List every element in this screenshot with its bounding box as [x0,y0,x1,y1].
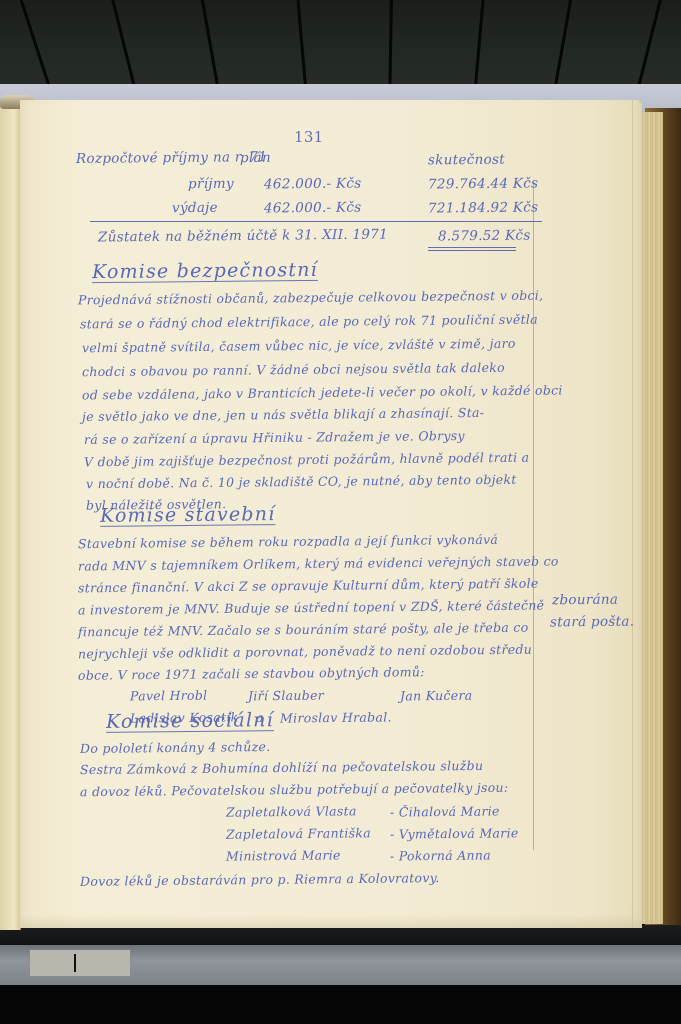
text-line: rada MNV s tajemníkem Orlíkem, který má … [78,553,559,573]
budget-title: Rozpočtové příjmy na r. 71 [76,149,267,167]
builder-name: Jiří Slauber [248,688,324,704]
budget-row-plan: 462.000.- Kčs [264,175,362,192]
balance-value: 8.579.52 Kčs [438,228,531,245]
budget-row-actual: 729.764.44 Kčs [428,175,539,192]
text-line: v noční době. Na č. 10 je skladiště CO, … [86,472,517,492]
page-number: 131 [294,128,324,146]
rail-label [30,950,130,976]
text-line: je světlo jako ve dne, jen u nás světla … [82,405,484,424]
caretaker-name: Zapletalková Vlasta [226,803,357,819]
margin-note: zbourána [552,592,618,609]
page-stack-edges [640,112,663,924]
text-line: rá se o zařízení a úpravu Hřiniku - Zdra… [84,428,465,447]
floor [0,985,681,1024]
rail-mark [74,954,76,972]
text-line: stránce finanční. V akci Z se opravuje K… [78,576,539,596]
budget-row-plan: 462.000.- Kčs [264,199,362,216]
text-line: od sebe vzdálena, jako v Branticích jede… [82,382,563,402]
text-line: V době jim zajišťuje bezpečnost proti po… [84,450,530,470]
text-line: Sestra Zámková z Bohumína dohlíží na peč… [80,758,483,777]
balance-label: Zůstatek na běžném účtě k 31. XII. 1971 [98,226,388,245]
text-line: a investorem je MNV. Buduje se ústřední … [78,598,544,618]
actual-header: skutečnost [428,152,505,169]
section-heading: Komise sociální [106,709,274,733]
builder-name: Jan Kučera [400,688,473,704]
caretaker-name: Zapletalová Františka [226,825,371,842]
text-line: Stavební komise se během roku rozpadla a… [78,532,498,551]
balance-underline [428,247,516,248]
text-line: velmi špatně svítila, časem vůbec nic, j… [82,336,516,356]
builder-name: Miroslav Hrabal. [280,709,392,725]
text-line: a dovoz léků. Pečovatelskou službu potře… [80,780,509,799]
left-page-edge [0,104,21,930]
text-line: chodci s obavou po ranní. V žádné obci n… [82,360,505,379]
caretaker-name: - Vymětalová Marie [390,825,519,841]
budget-row-label: příjmy [188,176,234,192]
section-heading: Komise stavební [100,503,276,527]
margin-note: stará pošta. [550,614,634,631]
text-line: financuje též MNV. Začalo se s bouráním … [78,620,529,640]
text-line: Projednává stížnosti občanů, zabezpečuje… [78,288,543,308]
page-fold [632,100,633,928]
ceiling-blinds [0,0,681,86]
text-line: nejrychleji vše odklidit a porovnat, pon… [78,642,532,662]
builder-name: Pavel Hrobl [130,688,208,704]
margin-line [533,180,534,850]
sum-rule [90,221,542,222]
text-line: Do pololetí konány 4 schůze. [80,739,271,756]
caretaker-name: Ministrová Marie [226,847,341,863]
text-line: stará se o řádný chod elektrifikace, ale… [80,312,538,332]
caretaker-name: - Čihalová Marie [390,803,500,819]
ledger-page: 131 Rozpočtové příjmy na r. 71 plán skut… [20,100,642,928]
plan-header: plán [240,150,271,166]
caretaker-name: - Pokorná Anna [390,847,491,863]
budget-row-label: výdaje [172,200,218,216]
section-heading: Komise bezpečnostní [92,259,318,283]
balance-underline-double [428,250,516,251]
book-bottom-shadow [0,925,681,947]
budget-row-actual: 721.184.92 Kčs [428,199,539,216]
closing-line: Dovoz léků je obstaráván pro p. Riemra a… [80,870,440,889]
text-line: obce. V roce 1971 začali se stavbou obyt… [78,664,425,683]
